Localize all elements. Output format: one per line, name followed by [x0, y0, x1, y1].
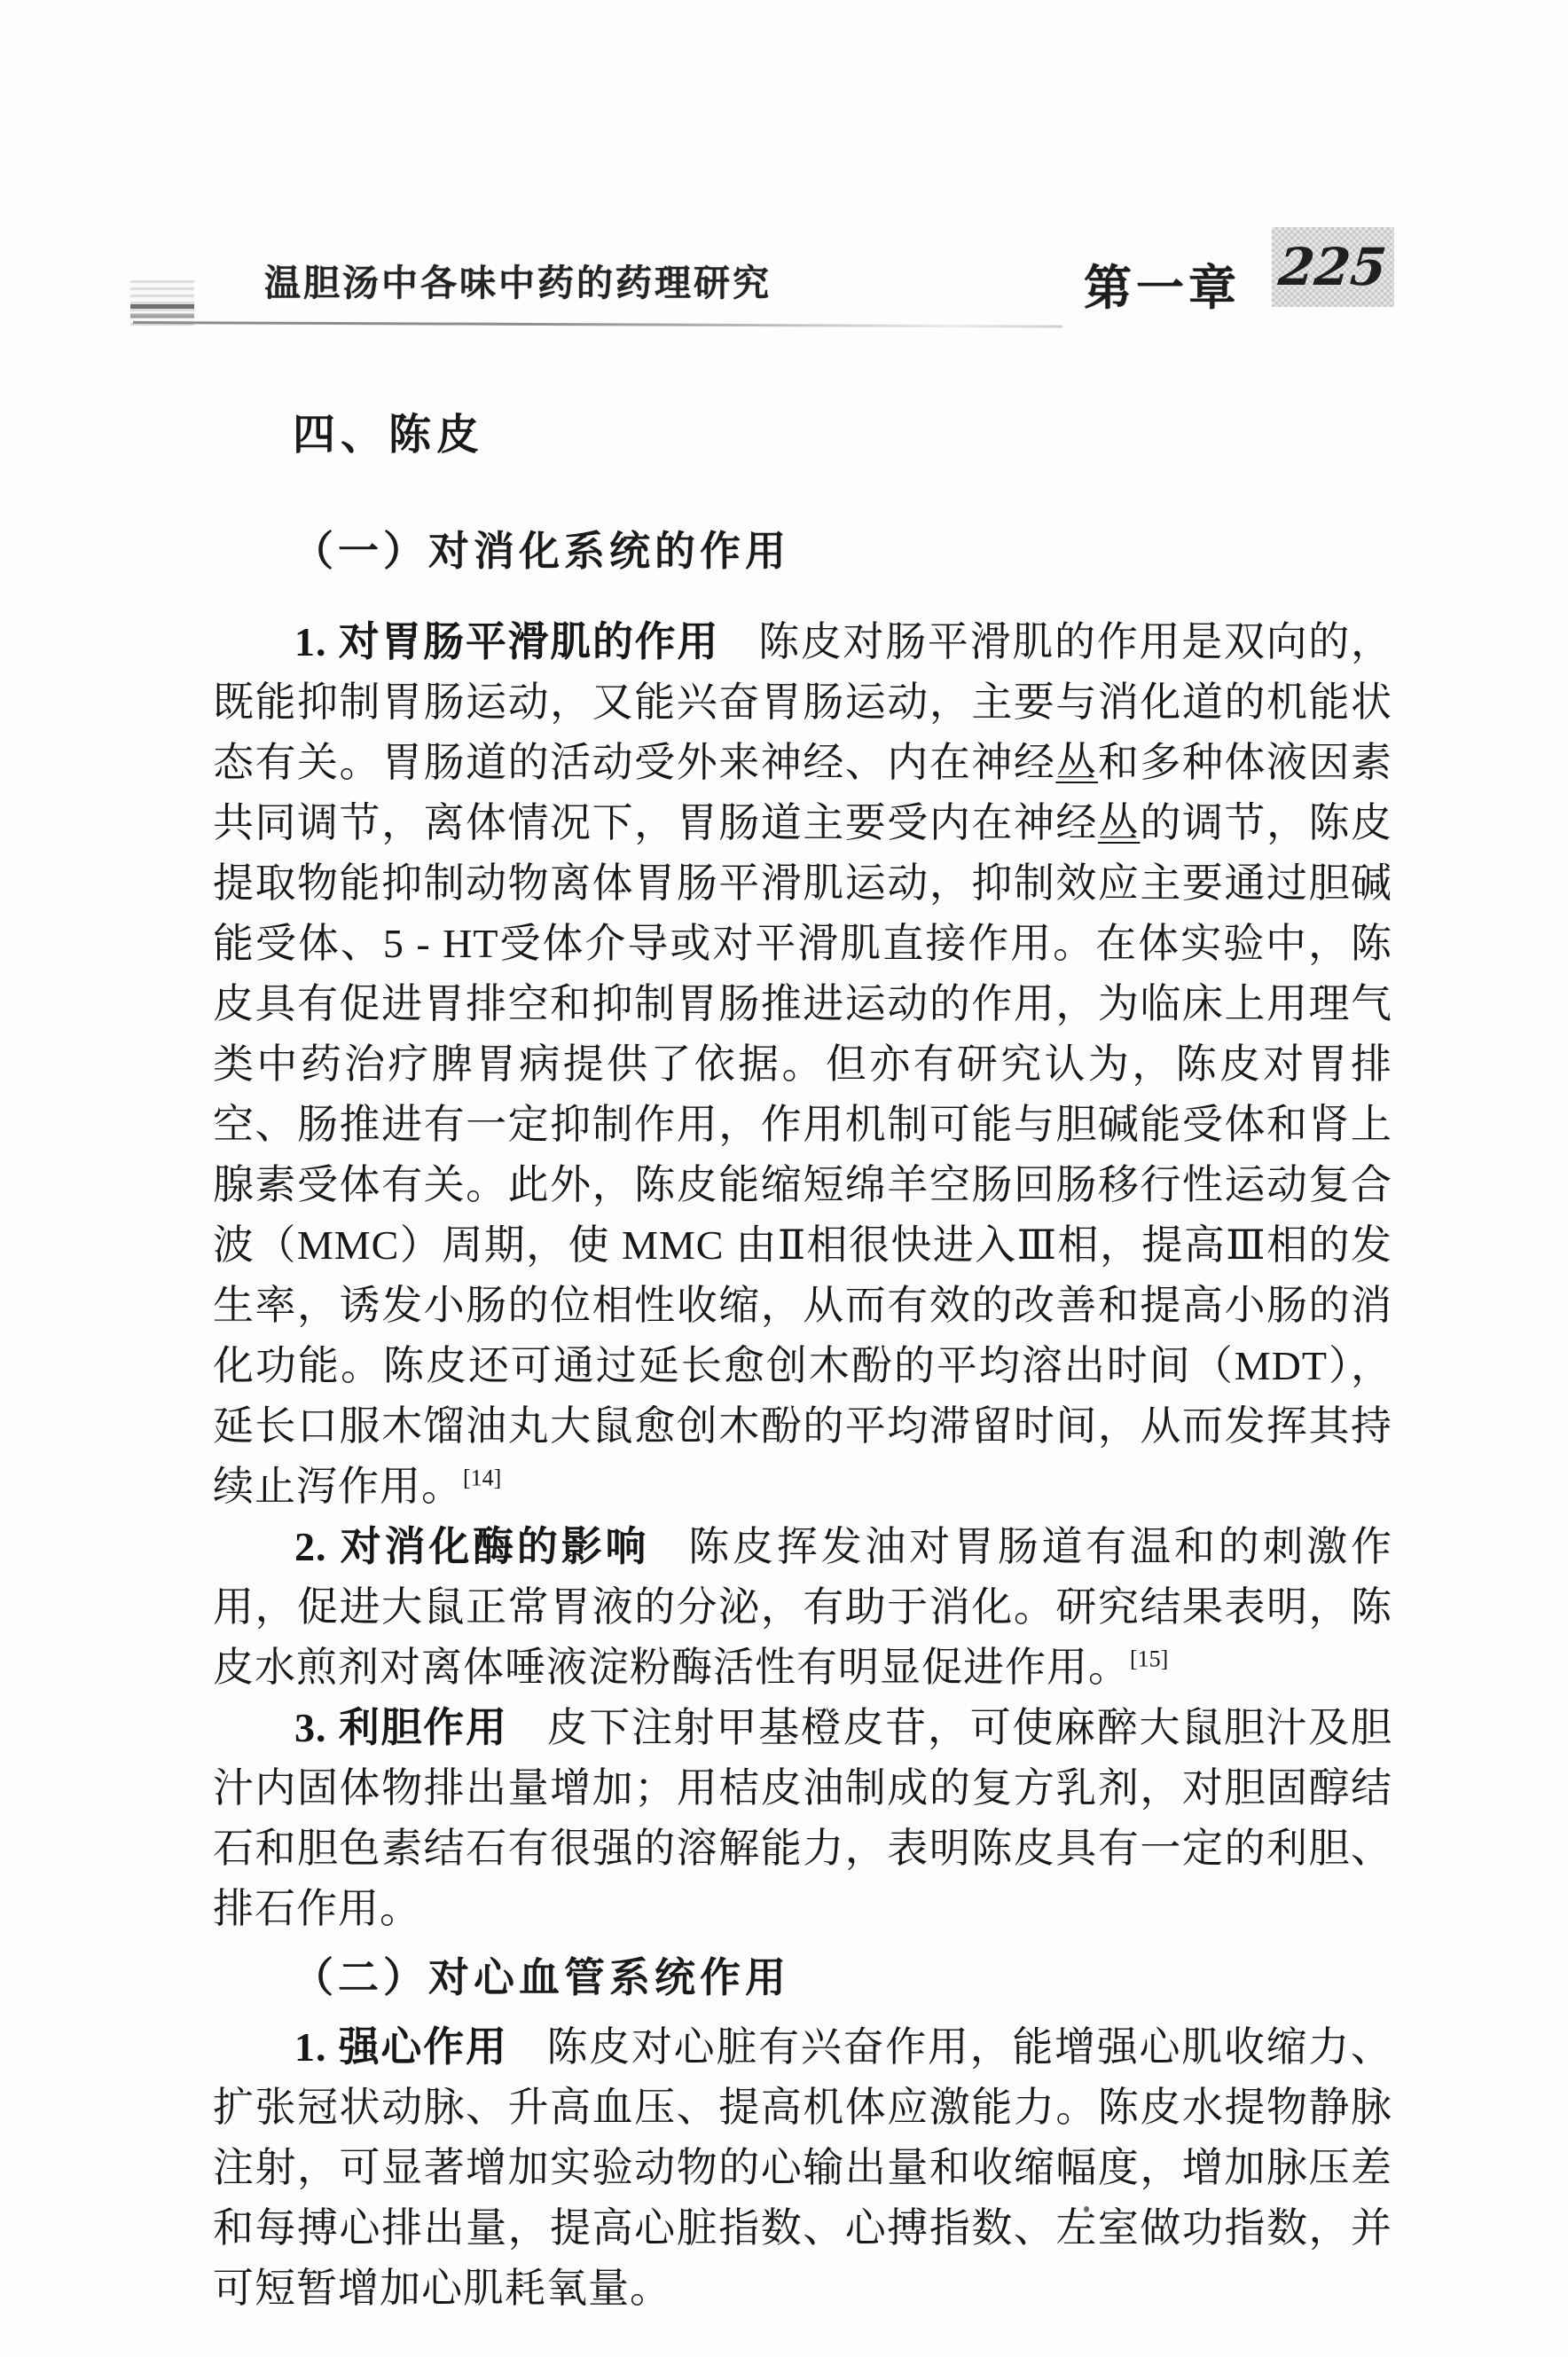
subsection-1-title: （一）对消化系统的作用	[213, 525, 1392, 578]
paragraph-cholagogic-effect: 3. 利胆作用皮下注射甲基橙皮苷，可使麻醉大鼠胆汁及胆汁内固体物排出量增加；用桔…	[213, 1698, 1392, 1939]
running-title: 温胆汤中各味中药的药理研究	[264, 254, 772, 306]
header-rule	[133, 321, 1062, 328]
page-content: 四、陈皮 （一）对消化系统的作用 1. 对胃肠平滑肌的作用陈皮对肠平滑肌的作用是…	[213, 410, 1392, 2319]
underlined-term: 丛	[1098, 800, 1141, 845]
underlined-term: 丛	[1055, 740, 1098, 785]
section-title: 四、陈皮	[293, 410, 1392, 461]
paragraph-lead: 2. 对消化酶的影响	[294, 1524, 649, 1569]
paragraph-text: 的调节，陈皮提取物能抑制动物离体胃肠平滑肌运动，抑制效应主要通过胆碱能受体、5 …	[213, 800, 1392, 1509]
page-number: 225	[1276, 237, 1389, 297]
citation-ref: [15]	[1130, 1646, 1168, 1672]
scanned-book-page: 温胆汤中各味中药的药理研究 第一章 225 四、陈皮 （一）对消化系统的作用 1…	[0, 0, 1568, 2357]
scan-speck	[1084, 2206, 1089, 2212]
chapter-label: 第一章	[1084, 250, 1241, 318]
paragraph-cardiotonic-effect: 1. 强心作用陈皮对心脏有兴奋作用，能增强心肌收缩力、扩张冠状动脉、升高血压、提…	[213, 2017, 1392, 2319]
scan-smudge	[130, 280, 194, 326]
paragraph-gastro-smooth-muscle: 1. 对胃肠平滑肌的作用陈皮对肠平滑肌的作用是双向的，既能抑制胃肠运动，又能兴奋…	[213, 612, 1392, 1517]
paragraph-lead: 1. 对胃肠平滑肌的作用	[294, 619, 719, 664]
page-number-badge: 225	[1272, 227, 1394, 307]
paragraph-lead: 3. 利胆作用	[294, 1705, 508, 1750]
citation-ref: [14]	[463, 1465, 501, 1491]
paragraph-digestive-enzymes: 2. 对消化酶的影响陈皮挥发油对胃肠道有温和的刺激作用，促进大鼠正常胃液的分泌，…	[213, 1517, 1392, 1698]
subsection-2-title: （二）对心血管系统作用	[213, 1952, 1392, 2005]
paragraph-lead: 1. 强心作用	[294, 2024, 508, 2070]
